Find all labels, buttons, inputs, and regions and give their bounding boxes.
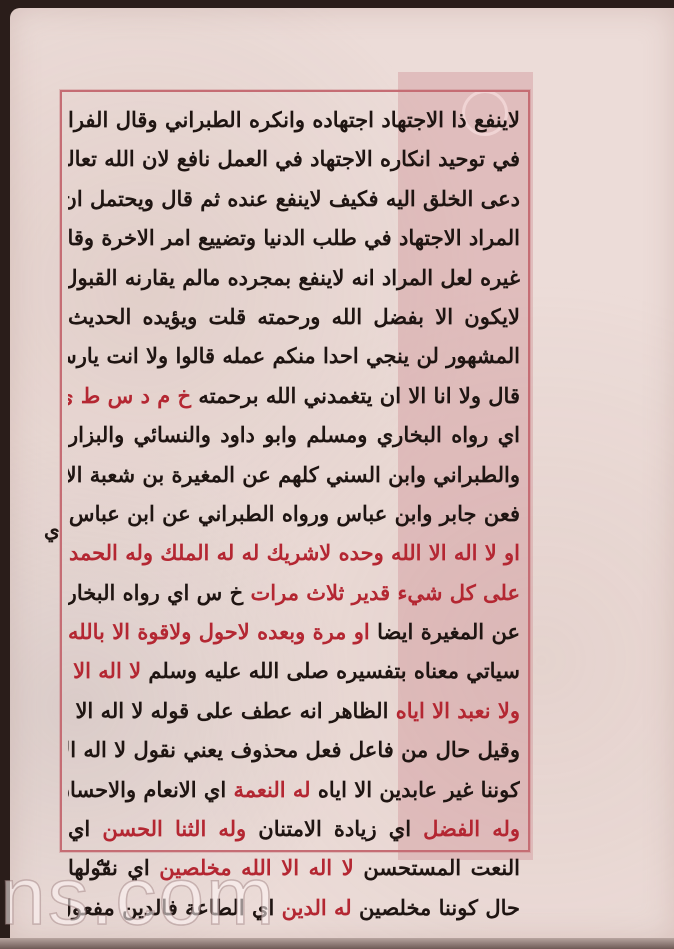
body-text: غيره لعل المراد انه لاينفع بمجرده مالم ي…	[68, 265, 520, 290]
rubric-text: له النعمة	[234, 777, 311, 802]
text-line: عن المغيرة ايضا او مرة وبعده لاحول ولاقو…	[68, 612, 520, 651]
text-line: دعى الخلق اليه فكيف لاينفع عنده ثم قال و…	[68, 179, 520, 218]
watermark-text: ns.com	[0, 850, 276, 944]
text-line: على كل شيء قدير ثلاث مرات خ س اي رواه ال…	[68, 573, 520, 612]
body-text: والطبراني وابن السني كلهم عن المغيرة بن …	[68, 462, 520, 487]
body-text: لاينفع ذا الاجتهاد اجتهاده وانكره الطبرا…	[68, 107, 520, 132]
body-text: وقيل حال من فاعل فعل محذوف يعني نقول لا …	[68, 737, 520, 762]
body-text: حال كوننا مخلصين	[352, 895, 520, 920]
text-line: وله الفضل اي زيادة الامتنان وله الثنا ال…	[68, 809, 520, 848]
text-line: قال ولا انا الا ان يتغمدني الله برحمته خ…	[68, 376, 520, 415]
text-line: ولا نعبد الا اياه الظاهر انه عطف على قول…	[68, 691, 520, 730]
body-text: في توحيد انكاره الاجتهاد في العمل نافع ل…	[68, 146, 520, 171]
text-line: في توحيد انكاره الاجتهاد في العمل نافع ل…	[68, 139, 520, 178]
body-text: قال ولا انا الا ان يتغمدني الله برحمته	[191, 383, 520, 408]
margin-note: ي	[44, 518, 60, 542]
body-text: لايكون الا بفضل الله ورحمته قلت ويؤيده ا…	[68, 304, 520, 329]
rubric-text: على كل شيء قدير ثلاث مرات	[243, 580, 520, 605]
book-top-edge	[0, 0, 674, 8]
body-text: المراد الاجتهاد في طلب الدنيا وتضييع امر…	[68, 225, 520, 250]
body-text: اي	[68, 816, 102, 841]
text-line: او لا اله الا الله وحده لاشريك له له الم…	[68, 533, 520, 572]
text-line: المراد الاجتهاد في طلب الدنيا وتضييع امر…	[68, 218, 520, 257]
text-line: وقيل حال من فاعل فعل محذوف يعني نقول لا …	[68, 730, 520, 769]
rubric-text: خ م د س ط ي	[68, 383, 191, 408]
text-line: كوننا غير عابدين الا اياه له النعمة اي ا…	[68, 770, 520, 809]
text-line: لايكون الا بفضل الله ورحمته قلت ويؤيده ا…	[68, 297, 520, 336]
rubric-text: او مرة وبعده لاحول ولاقوة الا بالله	[68, 619, 370, 644]
rubric-text: له الدين	[282, 895, 352, 920]
text-line: سياتي معناه بتفسيره صلى الله عليه وسلم ل…	[68, 651, 520, 690]
book-bottom-edge	[0, 938, 674, 949]
manuscript-text-block: لاينفع ذا الاجتهاد اجتهاده وانكره الطبرا…	[68, 100, 520, 927]
body-text: النعت المستحسن	[354, 855, 520, 880]
body-text: الظاهر انه عطف على قوله لا اله الا الله	[68, 698, 388, 723]
body-text: دعى الخلق اليه فكيف لاينفع عنده ثم قال و…	[68, 186, 520, 211]
text-line: اي رواه البخاري ومسلم وابو داود والنسائي…	[68, 415, 520, 454]
rubric-text: ولا نعبد الا اياه	[388, 698, 520, 723]
rubric-text: وله الثنا الحسن	[102, 816, 246, 841]
body-text: اي زيادة الامتنان	[246, 816, 423, 841]
body-text: كوننا غير عابدين الا اياه	[311, 777, 520, 802]
text-line: المشهور لن ينجي احدا منكم عمله قالوا ولا…	[68, 336, 520, 375]
body-text: خ س اي رواه البخاري والنسا	[68, 580, 243, 605]
rubric-text: او لا اله الا الله وحده لاشريك له له الم…	[68, 540, 520, 565]
rubric-text: وله الفضل	[423, 816, 520, 841]
body-text: اي الانعام والاحسان	[68, 777, 234, 802]
text-line: والطبراني وابن السني كلهم عن المغيرة بن …	[68, 455, 520, 494]
rubric-text: لا اله الا الله	[68, 658, 141, 683]
body-text: اي رواه البخاري ومسلم وابو داود والنسائي…	[68, 422, 520, 447]
text-line: لاينفع ذا الاجتهاد اجتهاده وانكره الطبرا…	[68, 100, 520, 139]
text-line: غيره لعل المراد انه لاينفع بمجرده مالم ي…	[68, 258, 520, 297]
body-text: فعن جابر وابن عباس ورواه الطبراني عن ابن…	[68, 501, 520, 526]
body-text: المشهور لن ينجي احدا منكم عمله قالوا ولا…	[68, 343, 520, 368]
text-line: فعن جابر وابن عباس ورواه الطبراني عن ابن…	[68, 494, 520, 533]
body-text: سياتي معناه بتفسيره صلى الله عليه وسلم	[141, 658, 520, 683]
body-text: عن المغيرة ايضا	[370, 619, 520, 644]
